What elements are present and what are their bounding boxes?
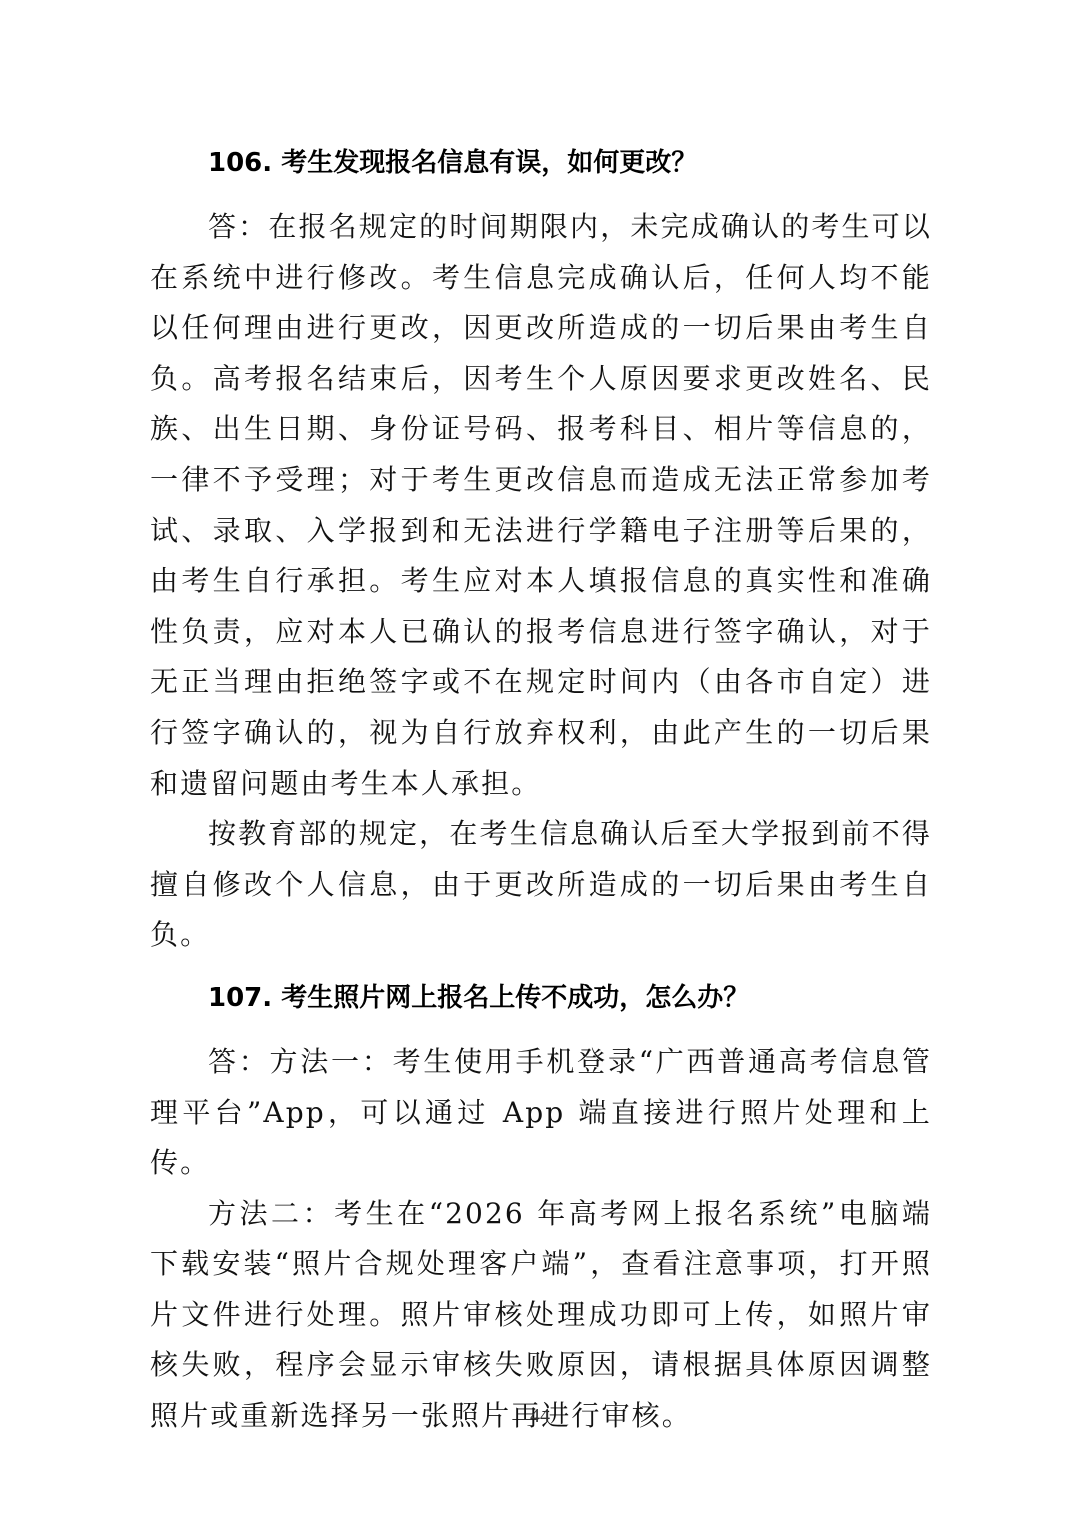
page-number: 44 [0, 1405, 1080, 1428]
answer-paragraph: 答：在报名规定的时间期限内，未完成确认的考生可以在系统中进行修改。考生信息完成确… [150, 202, 932, 809]
faq-section-107: 107. 考生照片网上报名上传不成功，怎么办？ 答：方法一：考生使用手机登录“广… [150, 973, 932, 1442]
answer-paragraph: 答：方法一：考生使用手机登录“广西普通高考信息管理平台”App，可以通过 App… [150, 1037, 932, 1189]
faq-section-106: 106. 考生发现报名信息有误，如何更改？ 答：在报名规定的时间期限内，未完成确… [150, 138, 932, 961]
spacer [150, 188, 932, 202]
answer-paragraph: 按教育部的规定，在考生信息确认后至大学报到前不得擅自修改个人信息，由于更改所造成… [150, 809, 932, 961]
spacer [150, 1023, 932, 1037]
page-content: 106. 考生发现报名信息有误，如何更改？ 答：在报名规定的时间期限内，未完成确… [150, 138, 932, 1442]
answer-paragraph: 方法二：考生在“2026 年高考网上报名系统”电脑端下载安装“照片合规处理客户端… [150, 1189, 932, 1442]
question-heading: 106. 考生发现报名信息有误，如何更改？ [150, 138, 932, 188]
question-heading: 107. 考生照片网上报名上传不成功，怎么办？ [150, 973, 932, 1023]
spacer [150, 961, 932, 973]
document-page: 106. 考生发现报名信息有误，如何更改？ 答：在报名规定的时间期限内，未完成确… [0, 0, 1080, 1527]
